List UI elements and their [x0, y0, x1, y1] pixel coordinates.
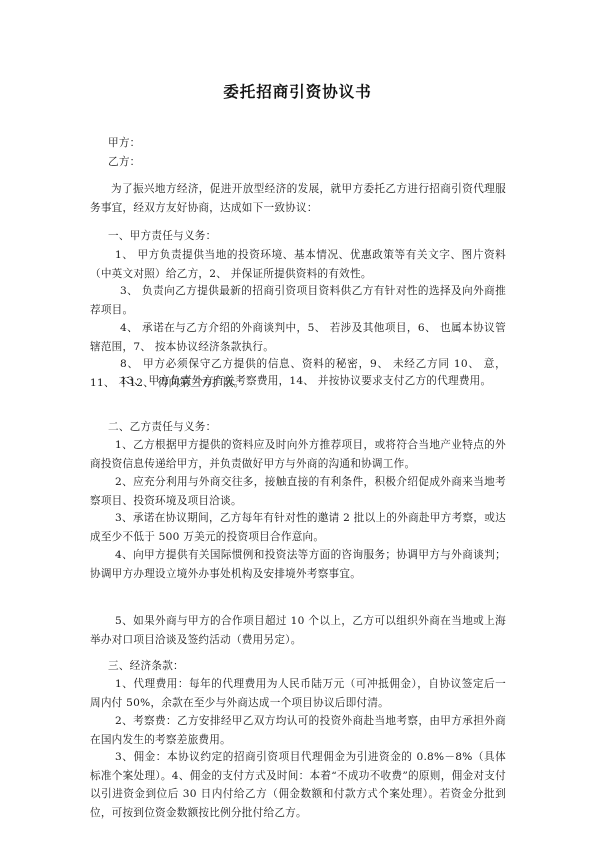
section-1-paragraph: 13、 甲方负责外方有关考察费用，14、 并按协议要求支付乙方的代理费用。	[90, 372, 506, 391]
preamble: 为了振兴地方经济，促进开放型经济的发展，就甲方委托乙方进行招商引资代理服务事宜，…	[90, 180, 506, 217]
party-a-label: 甲方：	[108, 134, 141, 153]
section-2-heading: 二、乙方责任与义务：	[108, 418, 216, 437]
section-2-paragraph: 5、如果外商与甲方的合作项目超过 10 个以上，乙方可以组织外商在当地或上海举办…	[90, 612, 506, 649]
section-2-paragraph: 2、应充分利用与外商交往多，接触直接的有利条件，积极介绍促成外商来当地考察项目、…	[90, 473, 506, 510]
document-title: 委托招商引资协议书	[0, 80, 595, 102]
section-2-paragraph: 4、向甲方提供有关国际惯例和投资法等方面的咨询服务；协调甲方与外商谈判；协调甲方…	[90, 546, 506, 583]
section-1-heading: 一、甲方责任与义务：	[108, 227, 216, 246]
party-b-label: 乙方：	[108, 153, 141, 172]
section-3-paragraph: 1、代理费用：每年的代理费用为人民币陆万元（可冲抵佣金），自协议签定后一周内付 …	[90, 675, 506, 712]
section-3-paragraph: 3、佣金：本协议约定的招商引资项目代理佣金为引进资金的 0.8%－8%（具体标准…	[90, 748, 506, 822]
section-3-heading: 三、经济条款：	[108, 657, 184, 676]
section-3-paragraph: 2、考察费：乙方安排经甲乙双方均认可的投资外商赴当地考察，由甲方承担外商在国内发…	[90, 712, 506, 749]
section-1-paragraph: 4、 承诺在与乙方介绍的外商谈判中，5、 若涉及其他项目，6、 也属本协议管辖范…	[90, 319, 506, 356]
section-2-paragraph: 1、乙方根据甲方提供的资料应及时向外方推荐项目，或将符合当地产业特点的外商投资信…	[90, 436, 506, 473]
section-1-paragraph: 1、 甲方负责提供当地的投资环境、基本情况、优惠政策等有关文字、图片资料（中英文…	[90, 246, 506, 283]
section-2-paragraph: 3、承诺在协议期间，乙方每年有针对性的邀请 2 批以上的外商赴甲方考察，或达成至…	[90, 509, 506, 546]
section-1-paragraph: 3、 负责向乙方提供最新的招商引资项目资料供乙方有针对性的选择及向外商推荐项目。	[90, 282, 506, 319]
